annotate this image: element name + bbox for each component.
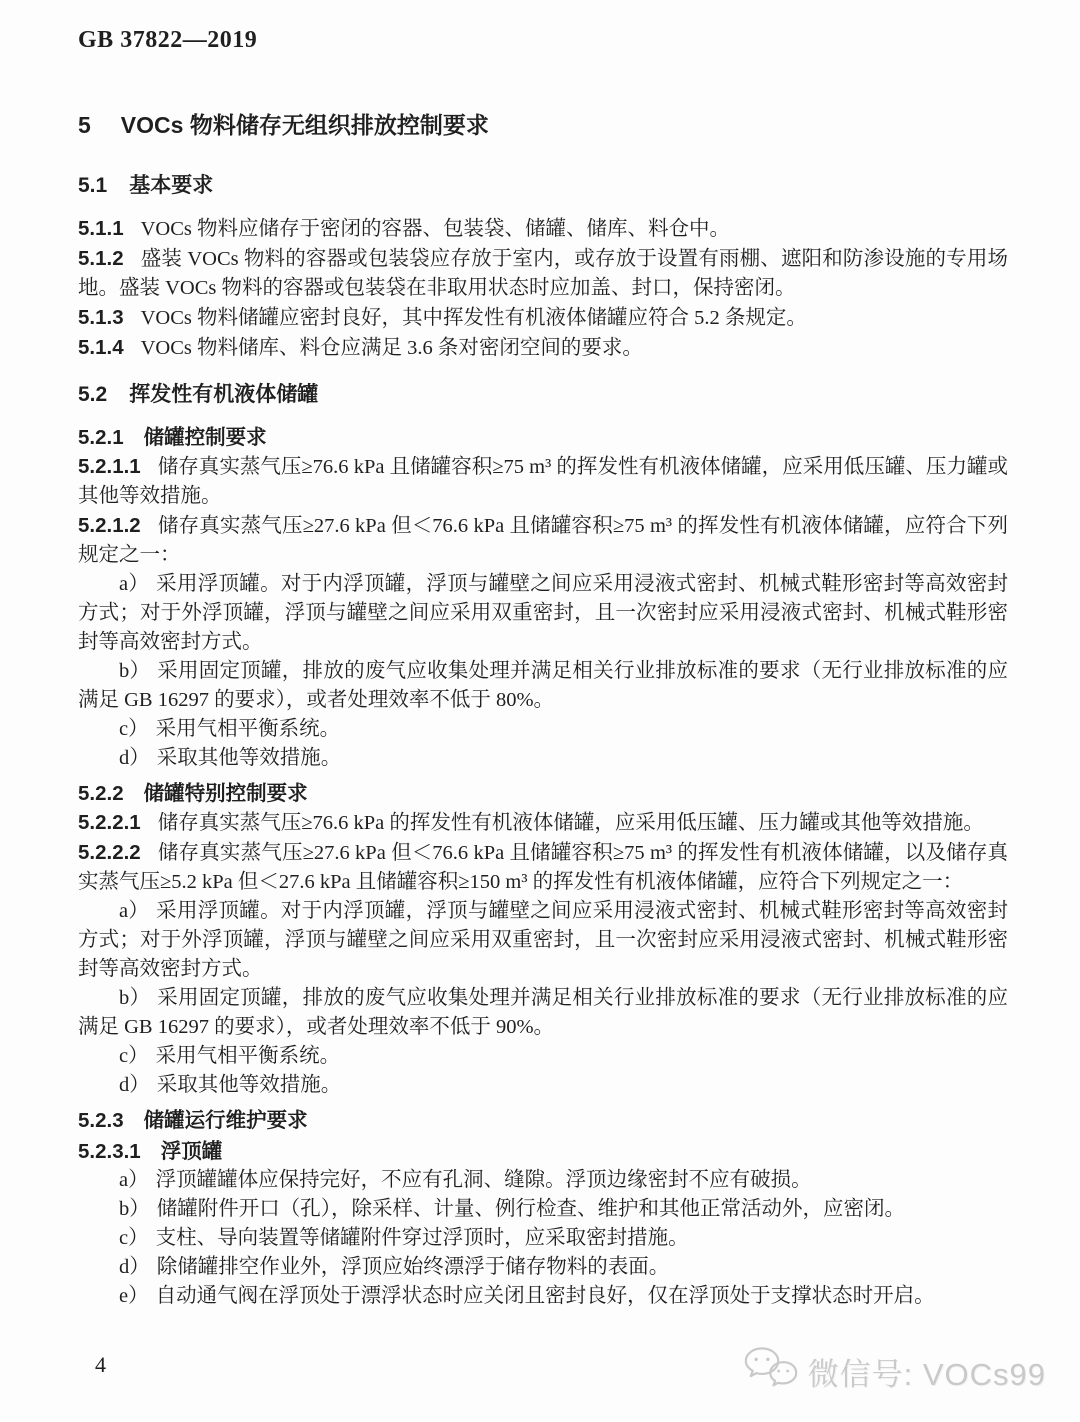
clause-5-1-4: 5.1.4VOCs 物料储库、料仓应满足 3.6 条对密闭空间的要求。	[78, 333, 1008, 363]
subsection-heading-5-2-3: 5.2.3储罐运行维护要求	[78, 1106, 1008, 1135]
list-text: 自动通气阀在浮顶处于漂浮状态时应关闭且密封良好，仅在浮顶处于支撑状态时开启。	[156, 1285, 935, 1307]
section-heading-5-1: 5.1基本要求	[78, 172, 1008, 200]
clause-number: 5.2.3.1	[78, 1140, 141, 1163]
clause-number: 5.1.2	[78, 247, 124, 270]
list-marker: d）	[119, 747, 150, 769]
clause-title: 浮顶罐	[161, 1140, 223, 1163]
clause-number: 5.1.1	[78, 217, 124, 240]
standard-code-prefix: GB	[78, 27, 114, 53]
clause-text: VOCs 物料应储存于密闭的容器、包装袋、储罐、储库、料仓中。	[141, 218, 730, 240]
chapter-heading: 5VOCs 物料储存无组织排放控制要求	[78, 110, 1008, 140]
clause-text: VOCs 物料储罐应密封良好，其中挥发性有机液体储罐应符合 5.2 条规定。	[141, 307, 807, 329]
clause-number: 5.2.1	[78, 426, 124, 449]
list-text: 储罐附件开口（孔），除采样、计量、例行检查、维护和其他正常活动外，应密闭。	[157, 1198, 905, 1220]
list-item-b: b）采用固定顶罐，排放的废气应收集处理并满足相关行业排放标准的要求（无行业排放标…	[78, 657, 1008, 715]
list-text: 浮顶罐罐体应保持完好，不应有孔洞、缝隙。浮顶边缘密封不应有破损。	[156, 1169, 812, 1191]
wechat-icon	[744, 1344, 798, 1398]
standard-code-number: 37822—2019	[120, 27, 257, 53]
list-marker: c）	[119, 718, 149, 740]
section-title: 基本要求	[129, 174, 213, 197]
list-marker: a）	[119, 573, 149, 595]
list-marker: b）	[119, 1198, 150, 1220]
list-item-c: c）采用气相平衡系统。	[78, 715, 1008, 744]
list-item-d: d）除储罐排空作业外，浮顶应始终漂浮于储存物料的表面。	[78, 1253, 1008, 1282]
list-item-e: e）自动通气阀在浮顶处于漂浮状态时应关闭且密封良好，仅在浮顶处于支撑状态时开启。	[78, 1282, 1008, 1311]
clause-5-2-1-2: 5.2.1.2储存真实蒸气压≥27.6 kPa 但＜76.6 kPa 且储罐容积…	[78, 511, 1008, 570]
clause-5-1-1: 5.1.1VOCs 物料应储存于密闭的容器、包装袋、储罐、储库、料仓中。	[78, 214, 1008, 244]
clause-number: 5.2.2.1	[78, 811, 141, 834]
list-marker: c）	[119, 1227, 149, 1249]
list-item-b: b）储罐附件开口（孔），除采样、计量、例行检查、维护和其他正常活动外，应密闭。	[78, 1195, 1008, 1224]
clause-number: 5.2.1.2	[78, 514, 141, 537]
clause-number: 5.1.4	[78, 336, 124, 359]
standard-number-header: GB 37822—2019	[78, 26, 1008, 54]
clause-text: VOCs 物料储库、料仓应满足 3.6 条对密闭空间的要求。	[141, 337, 643, 359]
subsection-heading-5-2-1: 5.2.1储罐控制要求	[78, 423, 1008, 452]
clause-5-1-3: 5.1.3VOCs 物料储罐应密封良好，其中挥发性有机液体储罐应符合 5.2 条…	[78, 303, 1008, 333]
wechat-watermark: 微信号: VOCs99	[744, 1344, 1046, 1398]
list-text: 采用浮顶罐。对于内浮顶罐，浮顶与罐壁之间应采用浸液式密封、机械式鞋形密封等高效密…	[78, 900, 1008, 980]
page-content: GB 37822—2019 5VOCs 物料储存无组织排放控制要求 5.1基本要…	[78, 26, 1008, 1311]
clause-number: 5.2.1.1	[78, 455, 141, 478]
clause-title: 储罐运行维护要求	[144, 1109, 308, 1132]
list-marker: e）	[119, 1285, 149, 1307]
list-text: 采取其他等效措施。	[157, 1074, 342, 1096]
clause-number: 5.2.2	[78, 782, 124, 805]
list-item-a: a）采用浮顶罐。对于内浮顶罐，浮顶与罐壁之间应采用浸液式密封、机械式鞋形密封等高…	[78, 897, 1008, 984]
chapter-number: 5	[78, 112, 91, 138]
list-text: 采用气相平衡系统。	[156, 1045, 341, 1067]
watermark-text: 微信号: VOCs99	[808, 1349, 1046, 1394]
clause-number: 5.2.3	[78, 1109, 124, 1132]
list-marker: b）	[119, 987, 150, 1009]
list-item-a: a）浮顶罐罐体应保持完好，不应有孔洞、缝隙。浮顶边缘密封不应有破损。	[78, 1166, 1008, 1195]
list-item-d: d）采取其他等效措施。	[78, 1071, 1008, 1100]
list-marker: a）	[119, 1169, 149, 1191]
clause-5-1-2: 5.1.2盛装 VOCs 物料的容器或包装袋应存放于室内，或存放于设置有雨棚、遮…	[78, 244, 1008, 303]
list-text: 支柱、导向装置等储罐附件穿过浮顶时，应采取密封措施。	[156, 1227, 689, 1249]
clause-number: 5.1.3	[78, 306, 124, 329]
section-number: 5.1	[78, 174, 107, 197]
list-item-c: c）采用气相平衡系统。	[78, 1042, 1008, 1071]
list-text: 除储罐排空作业外，浮顶应始终漂浮于储存物料的表面。	[157, 1256, 670, 1278]
list-marker: d）	[119, 1074, 150, 1096]
clause-5-2-2-2: 5.2.2.2储存真实蒸气压≥27.6 kPa 但＜76.6 kPa 且储罐容积…	[78, 838, 1008, 897]
clause-5-2-2-1: 5.2.2.1储存真实蒸气压≥76.6 kPa 的挥发性有机液体储罐，应采用低压…	[78, 808, 1008, 838]
list-marker: d）	[119, 1256, 150, 1278]
clause-text: 盛装 VOCs 物料的容器或包装袋应存放于室内，或存放于设置有雨棚、遮阳和防渗设…	[78, 248, 1008, 299]
clause-text: 储存真实蒸气压≥76.6 kPa 的挥发性有机液体储罐，应采用低压罐、压力罐或其…	[158, 812, 984, 834]
clause-title: 储罐控制要求	[144, 426, 267, 449]
list-marker: c）	[119, 1045, 149, 1067]
list-item-d: d）采取其他等效措施。	[78, 744, 1008, 773]
clause-number: 5.2.2.2	[78, 841, 141, 864]
list-marker: a）	[119, 900, 149, 922]
page-number: 4	[95, 1352, 106, 1378]
list-marker: b）	[119, 660, 150, 682]
clause-title: 储罐特别控制要求	[144, 782, 308, 805]
section-heading-5-2: 5.2挥发性有机液体储罐	[78, 381, 1008, 409]
list-item-c: c）支柱、导向装置等储罐附件穿过浮顶时，应采取密封措施。	[78, 1224, 1008, 1253]
clause-5-2-1-1: 5.2.1.1储存真实蒸气压≥76.6 kPa 且储罐容积≥75 m³ 的挥发性…	[78, 452, 1008, 511]
list-item-b: b）采用固定顶罐，排放的废气应收集处理并满足相关行业排放标准的要求（无行业排放标…	[78, 984, 1008, 1042]
clause-text: 储存真实蒸气压≥27.6 kPa 但＜76.6 kPa 且储罐容积≥75 m³ …	[78, 515, 1008, 566]
document-page: GB 37822—2019 5VOCs 物料储存无组织排放控制要求 5.1基本要…	[0, 0, 1080, 1422]
list-text: 采用固定顶罐，排放的废气应收集处理并满足相关行业排放标准的要求（无行业排放标准的…	[78, 987, 1008, 1038]
section-number: 5.2	[78, 383, 107, 406]
list-text: 采用固定顶罐，排放的废气应收集处理并满足相关行业排放标准的要求（无行业排放标准的…	[78, 660, 1008, 711]
clause-text: 储存真实蒸气压≥76.6 kPa 且储罐容积≥75 m³ 的挥发性有机液体储罐，…	[78, 456, 1008, 507]
clause-text: 储存真实蒸气压≥27.6 kPa 但＜76.6 kPa 且储罐容积≥75 m³ …	[78, 842, 1008, 893]
subsection-heading-5-2-2: 5.2.2储罐特别控制要求	[78, 779, 1008, 808]
list-text: 采取其他等效措施。	[157, 747, 342, 769]
list-text: 采用气相平衡系统。	[156, 718, 341, 740]
list-item-a: a）采用浮顶罐。对于内浮顶罐，浮顶与罐壁之间应采用浸液式密封、机械式鞋形密封等高…	[78, 570, 1008, 657]
section-title: 挥发性有机液体储罐	[129, 383, 318, 406]
list-text: 采用浮顶罐。对于内浮顶罐，浮顶与罐壁之间应采用浸液式密封、机械式鞋形密封等高效密…	[78, 573, 1008, 653]
chapter-title-text: VOCs 物料储存无组织排放控制要求	[121, 112, 489, 138]
subsection-heading-5-2-3-1: 5.2.3.1浮顶罐	[78, 1137, 1008, 1166]
